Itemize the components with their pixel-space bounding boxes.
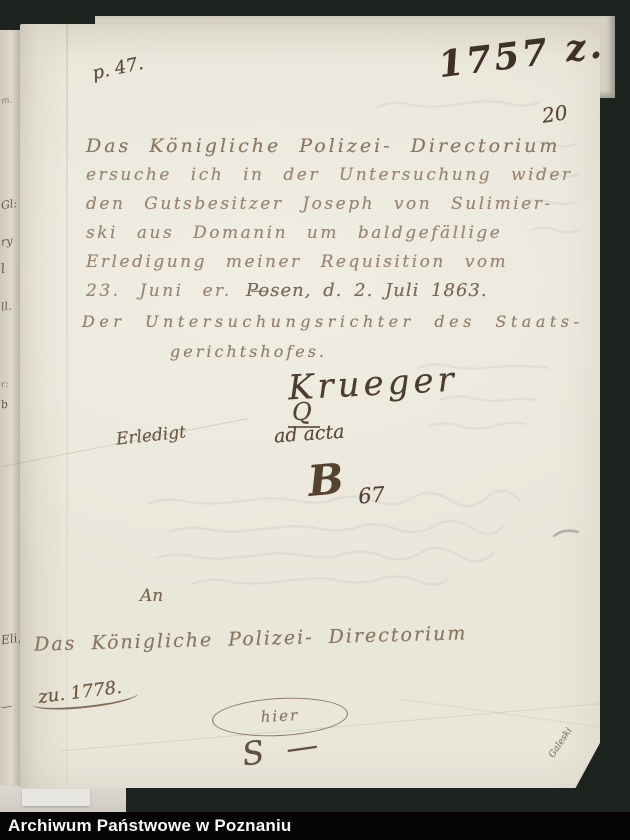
margin-fragment: b [0,398,9,412]
dateline: Posen, d. 2. Juli 1863. [246,280,488,301]
monogram-initial: B [306,454,346,506]
previous-page-edge-strip: m. Gl: ry l ll. r: b Eli, — [0,30,21,812]
margin-fragment: ll. [0,299,12,313]
margin-fragment: Gl: [0,197,18,212]
body-line: ersuche ich in der Untersuchung wider [86,161,598,190]
archive-watermark-text: Archiwum Państwowe w Poznaniu [8,812,292,840]
page-corner-cut [575,741,601,789]
margin-fragment: — [0,699,13,713]
letter-page: p. 47. 1757 z. 20 Das Königliche Polizei… [20,24,600,788]
body-line: den Gutsbesitzer Joseph von Sulimier- [86,190,598,219]
margin-fragment: ry [0,234,13,248]
clerk-monogram: B 67 [306,451,377,506]
archive-scan-viewport: m. Gl: ry l ll. r: b Eli, — [0,0,630,840]
paper-tape-fragment [22,789,90,806]
watermark-bar: Archiwum Państwowe w Poznaniu [0,812,630,840]
margin-fragment: Eli, [0,631,22,648]
monogram-number: 67 [357,482,386,508]
closing-title-line: gerichtshofes. [170,342,327,361]
margin-fragment: r: [0,380,9,391]
page-number-annotation: 20 [540,100,569,127]
body-line: Erledigung meiner Requisition vom [86,248,598,277]
address-salutation: An [140,586,163,606]
closing-title-line: Der Untersuchungsrichter des Staats- [82,312,583,331]
margin-fragment: l [0,262,6,277]
body-line: ski aus Domanin um baldgefällige [86,219,598,248]
body-line: Das Königliche Polizei- Directorium [86,132,598,161]
margin-fragment: m. [0,95,13,106]
